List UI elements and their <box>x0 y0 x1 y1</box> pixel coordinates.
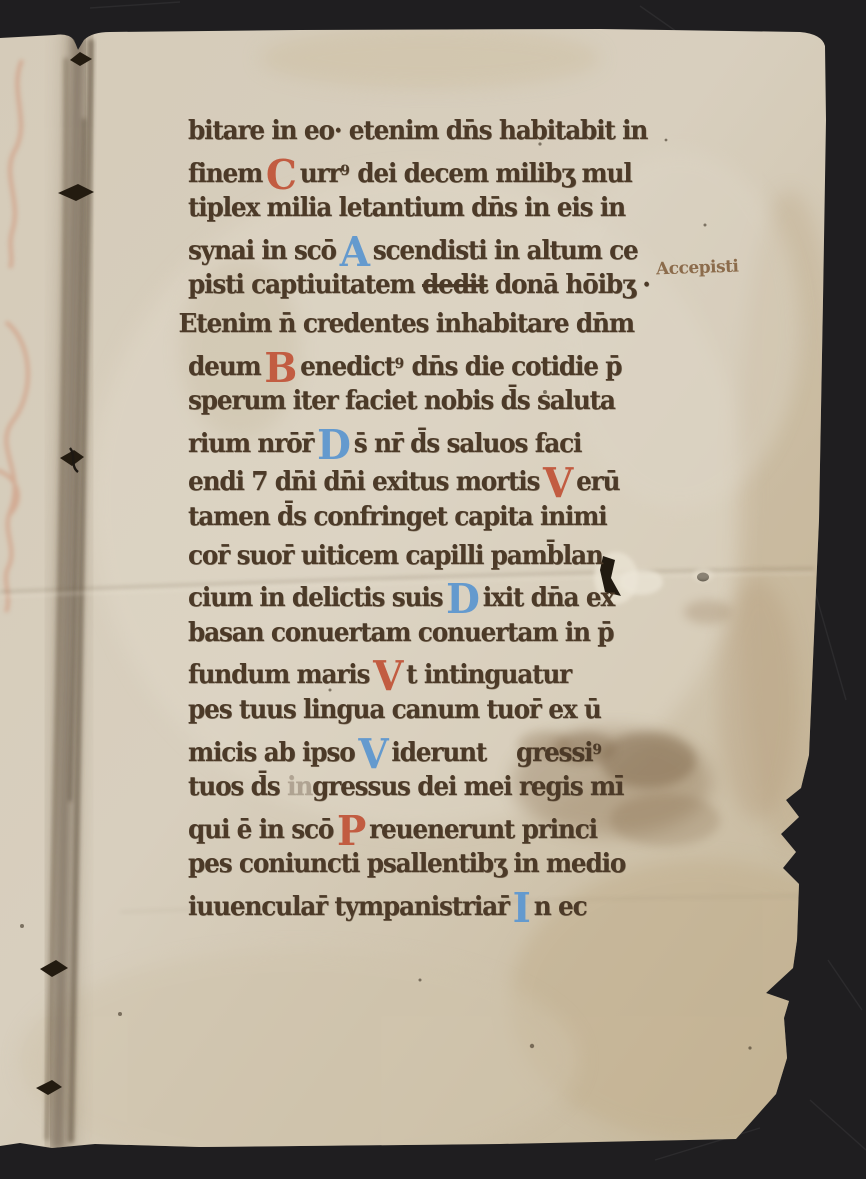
text-segment: iderunt gressi <box>391 738 592 768</box>
illuminated-initial-blue: D <box>317 421 351 469</box>
text-segment: pes coniuncti psallentibʒ in medio <box>188 849 625 879</box>
text-segment: gressus dei mei regis mī <box>312 772 623 802</box>
manuscript-line-19: qui ē in scōPreuenerunt princi <box>188 811 597 850</box>
text-segment: donā hōibʒ · <box>487 270 649 300</box>
manuscript-line-16: pes tuus lingua canum tuor̄ ex ū <box>188 695 601 734</box>
text-segment: pes tuus lingua canum tuor̄ ex ū <box>188 695 601 725</box>
text-segment: erū <box>576 467 619 497</box>
manuscript-line-3: tiplex milia letantium dn̄s in eis in <box>188 193 625 232</box>
manuscript-line-6: Etenim n̄ credentes inhabitare dn̄m <box>179 309 634 348</box>
faded-word: in <box>287 772 312 802</box>
manuscript-line-15: fundum marisVt intinguatur <box>188 656 571 695</box>
manuscript-line-11: tamen d̄s confringet capita inimi <box>188 502 607 541</box>
text-segment: micis ab ipso <box>188 738 355 768</box>
manuscript-line-13: cium in delictis suisDixit dn̄a ex <box>188 579 614 618</box>
text-block: bitare in eo· etenim dn̄s habitabit infi… <box>188 116 663 936</box>
text-segment: pisti captiuitatem <box>188 270 422 300</box>
illuminated-initial-red: V <box>543 459 573 507</box>
margin-correction-note: Accepisti <box>656 257 739 280</box>
illuminated-initial-red: C <box>266 151 297 199</box>
text-segment: finem <box>188 159 262 189</box>
text-segment: t intinguatur <box>406 660 571 690</box>
text-segment: s̄ nr̄ d̄s saluos faci <box>354 429 581 459</box>
illuminated-initial-blue: I <box>513 884 531 932</box>
text-segment: iuuencular̄ tympanistriar̄ <box>188 892 509 922</box>
illuminated-initial-blue: D <box>446 575 480 623</box>
text-segment: cor̄ suor̄ uiticem capilli pamb̄lan <box>188 541 603 571</box>
text-segment: ixit dn̄a ex <box>483 583 614 613</box>
illuminated-initial-blue: V <box>358 730 388 778</box>
manuscript-line-18: tuos d̄s ingressus dei mei regis mī <box>188 772 623 811</box>
text-segment: tuos d̄s <box>188 772 287 802</box>
manuscript-line-12: cor̄ suor̄ uiticem capilli pamb̄lan <box>188 541 603 580</box>
text-segment: 9 <box>592 741 601 757</box>
text-segment: Etenim n̄ credentes inhabitare dn̄m <box>179 309 634 339</box>
manuscript-line-9: rium nrōr̄Ds̄ nr̄ d̄s saluos faci <box>188 425 581 464</box>
manuscript-line-17: micis ab ipsoViderunt gressi9 <box>188 734 602 773</box>
manuscript-line-10: endi 7 dn̄i dn̄i exitus mortisVerū <box>188 463 619 502</box>
manuscript-line-1: bitare in eo· etenim dn̄s habitabit in <box>188 116 647 155</box>
text-segment: dei decem milibʒ mul <box>350 159 632 189</box>
text-segment: scendisti in altum ce <box>373 236 638 266</box>
text-segment: n ec <box>534 892 587 922</box>
manuscript-line-2: finemCurr9 dei decem milibʒ mul <box>188 155 632 194</box>
text-segment: qui ē in scō <box>188 815 333 845</box>
text-segment: deum <box>188 352 261 382</box>
text-segment: fundum maris <box>188 660 369 690</box>
text-segment: 9 <box>340 162 349 178</box>
manuscript-line-8: sperum iter faciet nobis d̄s saluta <box>188 386 615 425</box>
manuscript-line-21: iuuencular̄ tympanistriar̄In ec <box>188 888 586 927</box>
text-segment: sperum iter faciet nobis d̄s saluta <box>188 386 615 416</box>
text-segment: bitare in eo· etenim dn̄s habitabit in <box>188 116 647 146</box>
text-segment: reuenerunt princi <box>369 815 597 845</box>
text-segment: tiplex milia letantium dn̄s in eis in <box>188 193 625 223</box>
text-segment: cium in delictis suis <box>188 583 442 613</box>
text-segment: tamen d̄s confringet capita inimi <box>188 502 607 532</box>
text-segment: endi 7 dn̄i dn̄i exitus mortis <box>188 467 539 497</box>
illuminated-initial-red: V <box>373 652 403 700</box>
manuscript-photo: bitare in eo· etenim dn̄s habitabit infi… <box>0 0 866 1179</box>
text-segment: dn̄s die cotidie p̄ <box>404 352 621 382</box>
manuscript-line-14: basan conuertam conuertam in p̄ <box>188 618 613 657</box>
text-segment: basan conuertam conuertam in p̄ <box>188 618 613 648</box>
illuminated-initial-blue: A <box>340 228 370 276</box>
text-segment: enedict <box>300 352 395 382</box>
manuscript-line-4: synai in scōAscendisti in altum ce <box>188 232 638 271</box>
text-segment: urr <box>300 159 341 189</box>
manuscript-line-20: pes coniuncti psallentibʒ in medio <box>188 849 625 888</box>
manuscript-line-5: pisti captiuitatem dedit donā hōibʒ · <box>188 270 650 309</box>
manuscript-line-7: deumBenedict9 dn̄s die cotidie p̄ <box>188 348 621 387</box>
text-segment: rium nrōr̄ <box>188 429 313 459</box>
illuminated-initial-red: P <box>337 807 366 855</box>
illuminated-initial-red: B <box>264 344 297 392</box>
struck-out-word: dedit <box>422 270 487 300</box>
text-segment: synai in scō <box>188 236 336 266</box>
